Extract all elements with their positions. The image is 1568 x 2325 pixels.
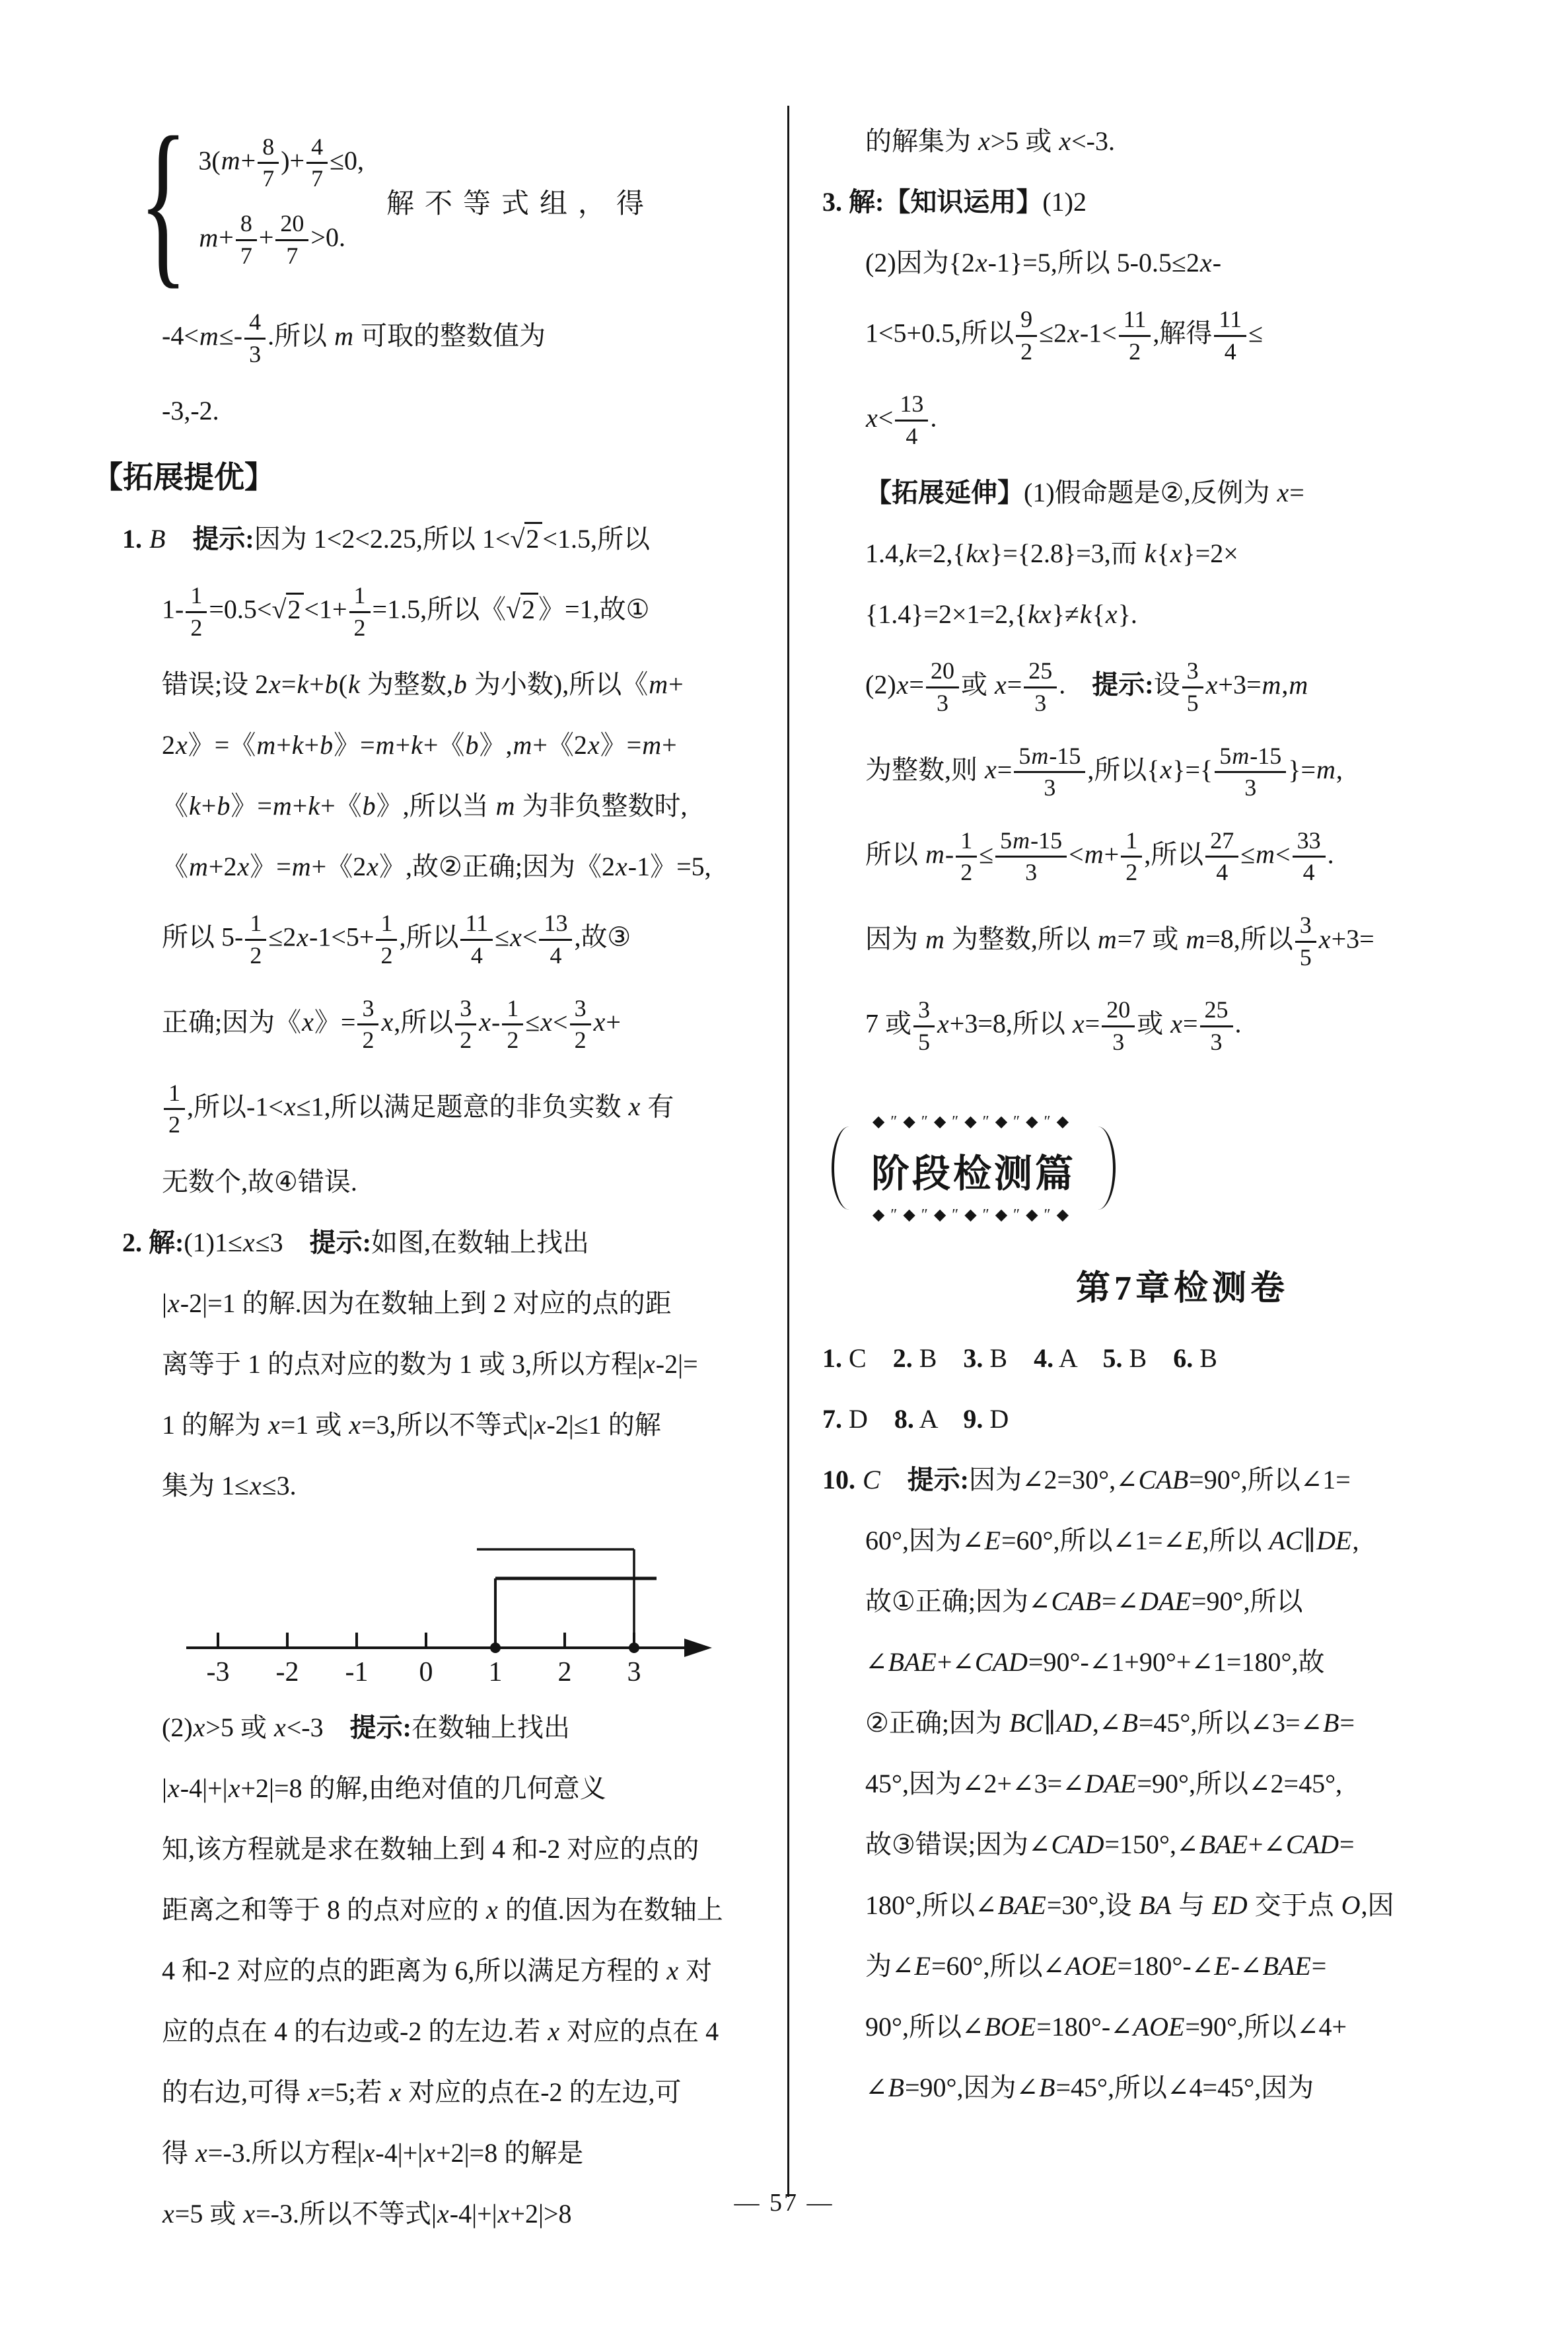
text-line: 7 或35x+3=8,所以 x=203或 x=253.: [865, 984, 1542, 1068]
tick-label: 2: [558, 1657, 572, 1687]
text-line: {1.4}=2×1=2,{kx}≠k{x}.: [865, 584, 1542, 645]
tick-label: -2: [276, 1657, 299, 1687]
text-line: 离等于 1 的点对应的数为 1 或 3,所以方程|x-2|=: [162, 1334, 783, 1395]
text-line: ②正确;因为 BC∥AD,∠B=45°,所以∠3=∠B=: [865, 1693, 1542, 1753]
inequality-system-block: { 3(m+87)+47≤0, m+87+207>0. 解不等式组，得: [139, 111, 783, 296]
tick-label: 1: [489, 1657, 503, 1687]
text-line: 为整数,则 x=5m-153,所以{x}={5m-153}=m,: [865, 730, 1542, 815]
chapter-7-test-title: 第7章检测卷: [822, 1236, 1542, 1328]
stage-test-section-banner: 阶段检测篇: [832, 1117, 1116, 1219]
text-line: 《k+b》=m+k+《b》,所以当 m 为非负整数时,: [162, 776, 783, 836]
text-line: -4<m≤-43.所以 m 可取的整数值为: [162, 296, 783, 381]
text-line: 因为 m 为整数,所以 m=7 或 m=8,所以35x+3=: [865, 899, 1542, 984]
text-line: 4 和-2 对应的点的距离为 6,所以满足方程的 x 对: [162, 1940, 783, 2001]
text-line: 1. B 提示:因为 1<2<2.25,所以 1<√2<1.5,所以: [122, 509, 783, 570]
text-line: -3,-2.: [162, 381, 783, 441]
text-line: 2x》=《m+k+b》=m+k+《b》,m+《2x》=m+: [162, 715, 783, 776]
text-line: 距离之和等于 8 的点对应的 x 的值.因为在数轴上: [162, 1880, 783, 1940]
text-line: |x-2|=1 的解.因为在数轴上到 2 对应的点的距: [162, 1273, 783, 1334]
text-line: 知,该方程就是求在数轴上到 4 和-2 对应的点的: [162, 1819, 783, 1880]
text-line: (2)因为{2x-1}=5,所以 5-0.5≤2x-: [865, 233, 1542, 293]
text-line: 3. 解:【知识运用】(1)2: [822, 172, 1542, 233]
text-line: 所以 5-12≤2x-1<5+12,所以114≤x<134,故③: [162, 897, 783, 982]
text-line: 12,所以-1<x≤1,所以满足题意的非负实数 x 有: [162, 1067, 783, 1152]
problem-2-solution-part1: 2. 解:(1)1≤x≤3 提示:如图,在数轴上找出|x-2|=1 的解.因为在…: [92, 1212, 783, 1516]
text-line: 45°,因为∠2+∠3=∠DAE=90°,所以∠2=45°,: [865, 1753, 1542, 1814]
text-line: 的右边,可得 x=5;若 x 对应的点在-2 的左边,可: [162, 2062, 783, 2123]
column-divider-rule: [787, 106, 789, 2197]
section-header-expand-improve: 【拓展提优】: [92, 441, 783, 509]
text-line: 1.4,k=2,{kx}={2.8}=3,而 k{x}=2×: [865, 523, 1542, 584]
problem-10-solution: 10. C 提示:因为∠2=30°,∠CAB=90°,所以∠1=60°,因为∠E…: [822, 1450, 1542, 2118]
text-line: 7. D 8. A 9. D: [822, 1389, 1542, 1450]
banner-left-curve: [832, 1126, 857, 1210]
text-line: 2. 解:(1)1≤x≤3 提示:如图,在数轴上找出: [122, 1212, 783, 1273]
text-line: 1. C 2. B 3. B 4. A 5. B 6. B: [822, 1328, 1542, 1389]
text-line: 60°,因为∠E=60°,所以∠1=∠E,所以 AC∥DE,: [865, 1510, 1542, 1571]
banner-right-curve: [1090, 1126, 1116, 1210]
number-line-figure: -3 -2 -1 0 1 2 3: [178, 1526, 727, 1691]
system-brace: {: [139, 114, 188, 289]
text-line: 应的点在 4 的右边或-2 的左边.若 x 对应的点在 4: [162, 2001, 783, 2062]
system-formula-line: 3(m+87)+47≤0,: [198, 125, 364, 202]
text-line: 错误;设 2x=k+b(k 为整数,b 为小数),所以《m+: [162, 654, 783, 715]
tick-label: 0: [419, 1657, 433, 1687]
tick-label: -3: [207, 1657, 230, 1687]
system-formula-line: m+87+207>0.: [198, 202, 364, 278]
multiple-choice-answer-rows: 1. C 2. B 3. B 4. A 5. B 6. B7. D 8. A 9…: [822, 1328, 1542, 1450]
axis-arrowhead: [684, 1639, 712, 1657]
page-number: — 57 —: [0, 2188, 1568, 2217]
text-line: 故①正确;因为∠CAB=∠DAE=90°,所以: [865, 1571, 1542, 1632]
system-side-note: 解不等式组，得: [386, 182, 655, 221]
text-line: 所以 m-12≤5m-153<m+12,所以274≤m<334.: [865, 815, 1542, 899]
text-line: 1 的解为 x=1 或 x=3,所以不等式|x-2|≤1 的解: [162, 1395, 783, 1456]
text-line: 集为 1≤x≤3.: [162, 1456, 783, 1516]
problem-2-solution-part2: (2)x>5 或 x<-3 提示:在数轴上找出|x-4|+|x+2|=8 的解,…: [92, 1697, 783, 2244]
text-line: 1<5+0.5,所以92≤2x-1<112,解得114≤: [865, 293, 1542, 378]
text-line: (2)x=203或 x=253. 提示:设35x+3=m,m: [865, 645, 1542, 729]
text-line: 故③错误;因为∠CAD=150°,∠BAE+∠CAD=: [865, 1814, 1542, 1875]
workbook-answer-page: { 3(m+87)+47≤0, m+87+207>0. 解不等式组，得 -4<m…: [0, 0, 1568, 2325]
problem-1-solution: 1. B 提示:因为 1<2<2.25,所以 1<√2<1.5,所以1-12=0…: [92, 509, 783, 1212]
text-line: ∠BAE+∠CAD=90°-∠1+90°+∠1=180°,故: [865, 1632, 1542, 1693]
right-column: 的解集为 x>5 或 x<-3. 3. 解:【知识运用】(1)2(2)因为{2x…: [822, 111, 1542, 2118]
text-line: 1-12=0.5<√2<1+12=1.5,所以《√2》=1,故①: [162, 570, 783, 654]
text-line: 90°,所以∠BOE=180°-∠AOE=90°,所以∠4+: [865, 1997, 1542, 2057]
text-line: 正确;因为《x》=32x,所以32x-12≤x<32x+: [162, 982, 783, 1067]
text-line: x<134.: [865, 378, 1542, 462]
banner-label: 阶段检测篇: [871, 1152, 1076, 1195]
text-line: 得 x=-3.所以方程|x-4|+|x+2|=8 的解是: [162, 2123, 783, 2184]
left-column: { 3(m+87)+47≤0, m+87+207>0. 解不等式组，得 -4<m…: [92, 111, 783, 2244]
text-line: 10. C 提示:因为∠2=30°,∠CAB=90°,所以∠1=: [822, 1450, 1542, 1510]
text-line: 【拓展延伸】(1)假命题是②,反例为 x=: [865, 462, 1542, 523]
text-line: (2)x>5 或 x<-3 提示:在数轴上找出: [162, 1697, 783, 1758]
text-line: ∠B=90°,因为∠B=45°,所以∠4=45°,因为: [865, 2057, 1542, 2118]
text-line: 《m+2x》=m+《2x》,故②正确;因为《2x-1》=5,: [162, 836, 783, 897]
text-line: 为∠E=60°,所以∠AOE=180°-∠E-∠BAE=: [865, 1936, 1542, 1997]
problem-2-tail-line: 的解集为 x>5 或 x<-3.: [865, 111, 1542, 172]
conclusion-lines: -4<m≤-43.所以 m 可取的整数值为-3,-2.: [92, 296, 783, 441]
problem-3-solution: 3. 解:【知识运用】(1)2(2)因为{2x-1}=5,所以 5-0.5≤2x…: [822, 172, 1542, 1068]
tick-label: -1: [345, 1657, 369, 1687]
tick-label: 3: [627, 1657, 641, 1687]
text-line: 无数个,故④错误.: [162, 1152, 783, 1212]
system-rows: 3(m+87)+47≤0, m+87+207>0.: [198, 125, 364, 278]
text-line: 180°,所以∠BAE=30°,设 BA 与 ED 交于点 O,因: [865, 1875, 1542, 1936]
text-line: |x-4|+|x+2|=8 的解,由绝对值的几何意义: [162, 1758, 783, 1819]
